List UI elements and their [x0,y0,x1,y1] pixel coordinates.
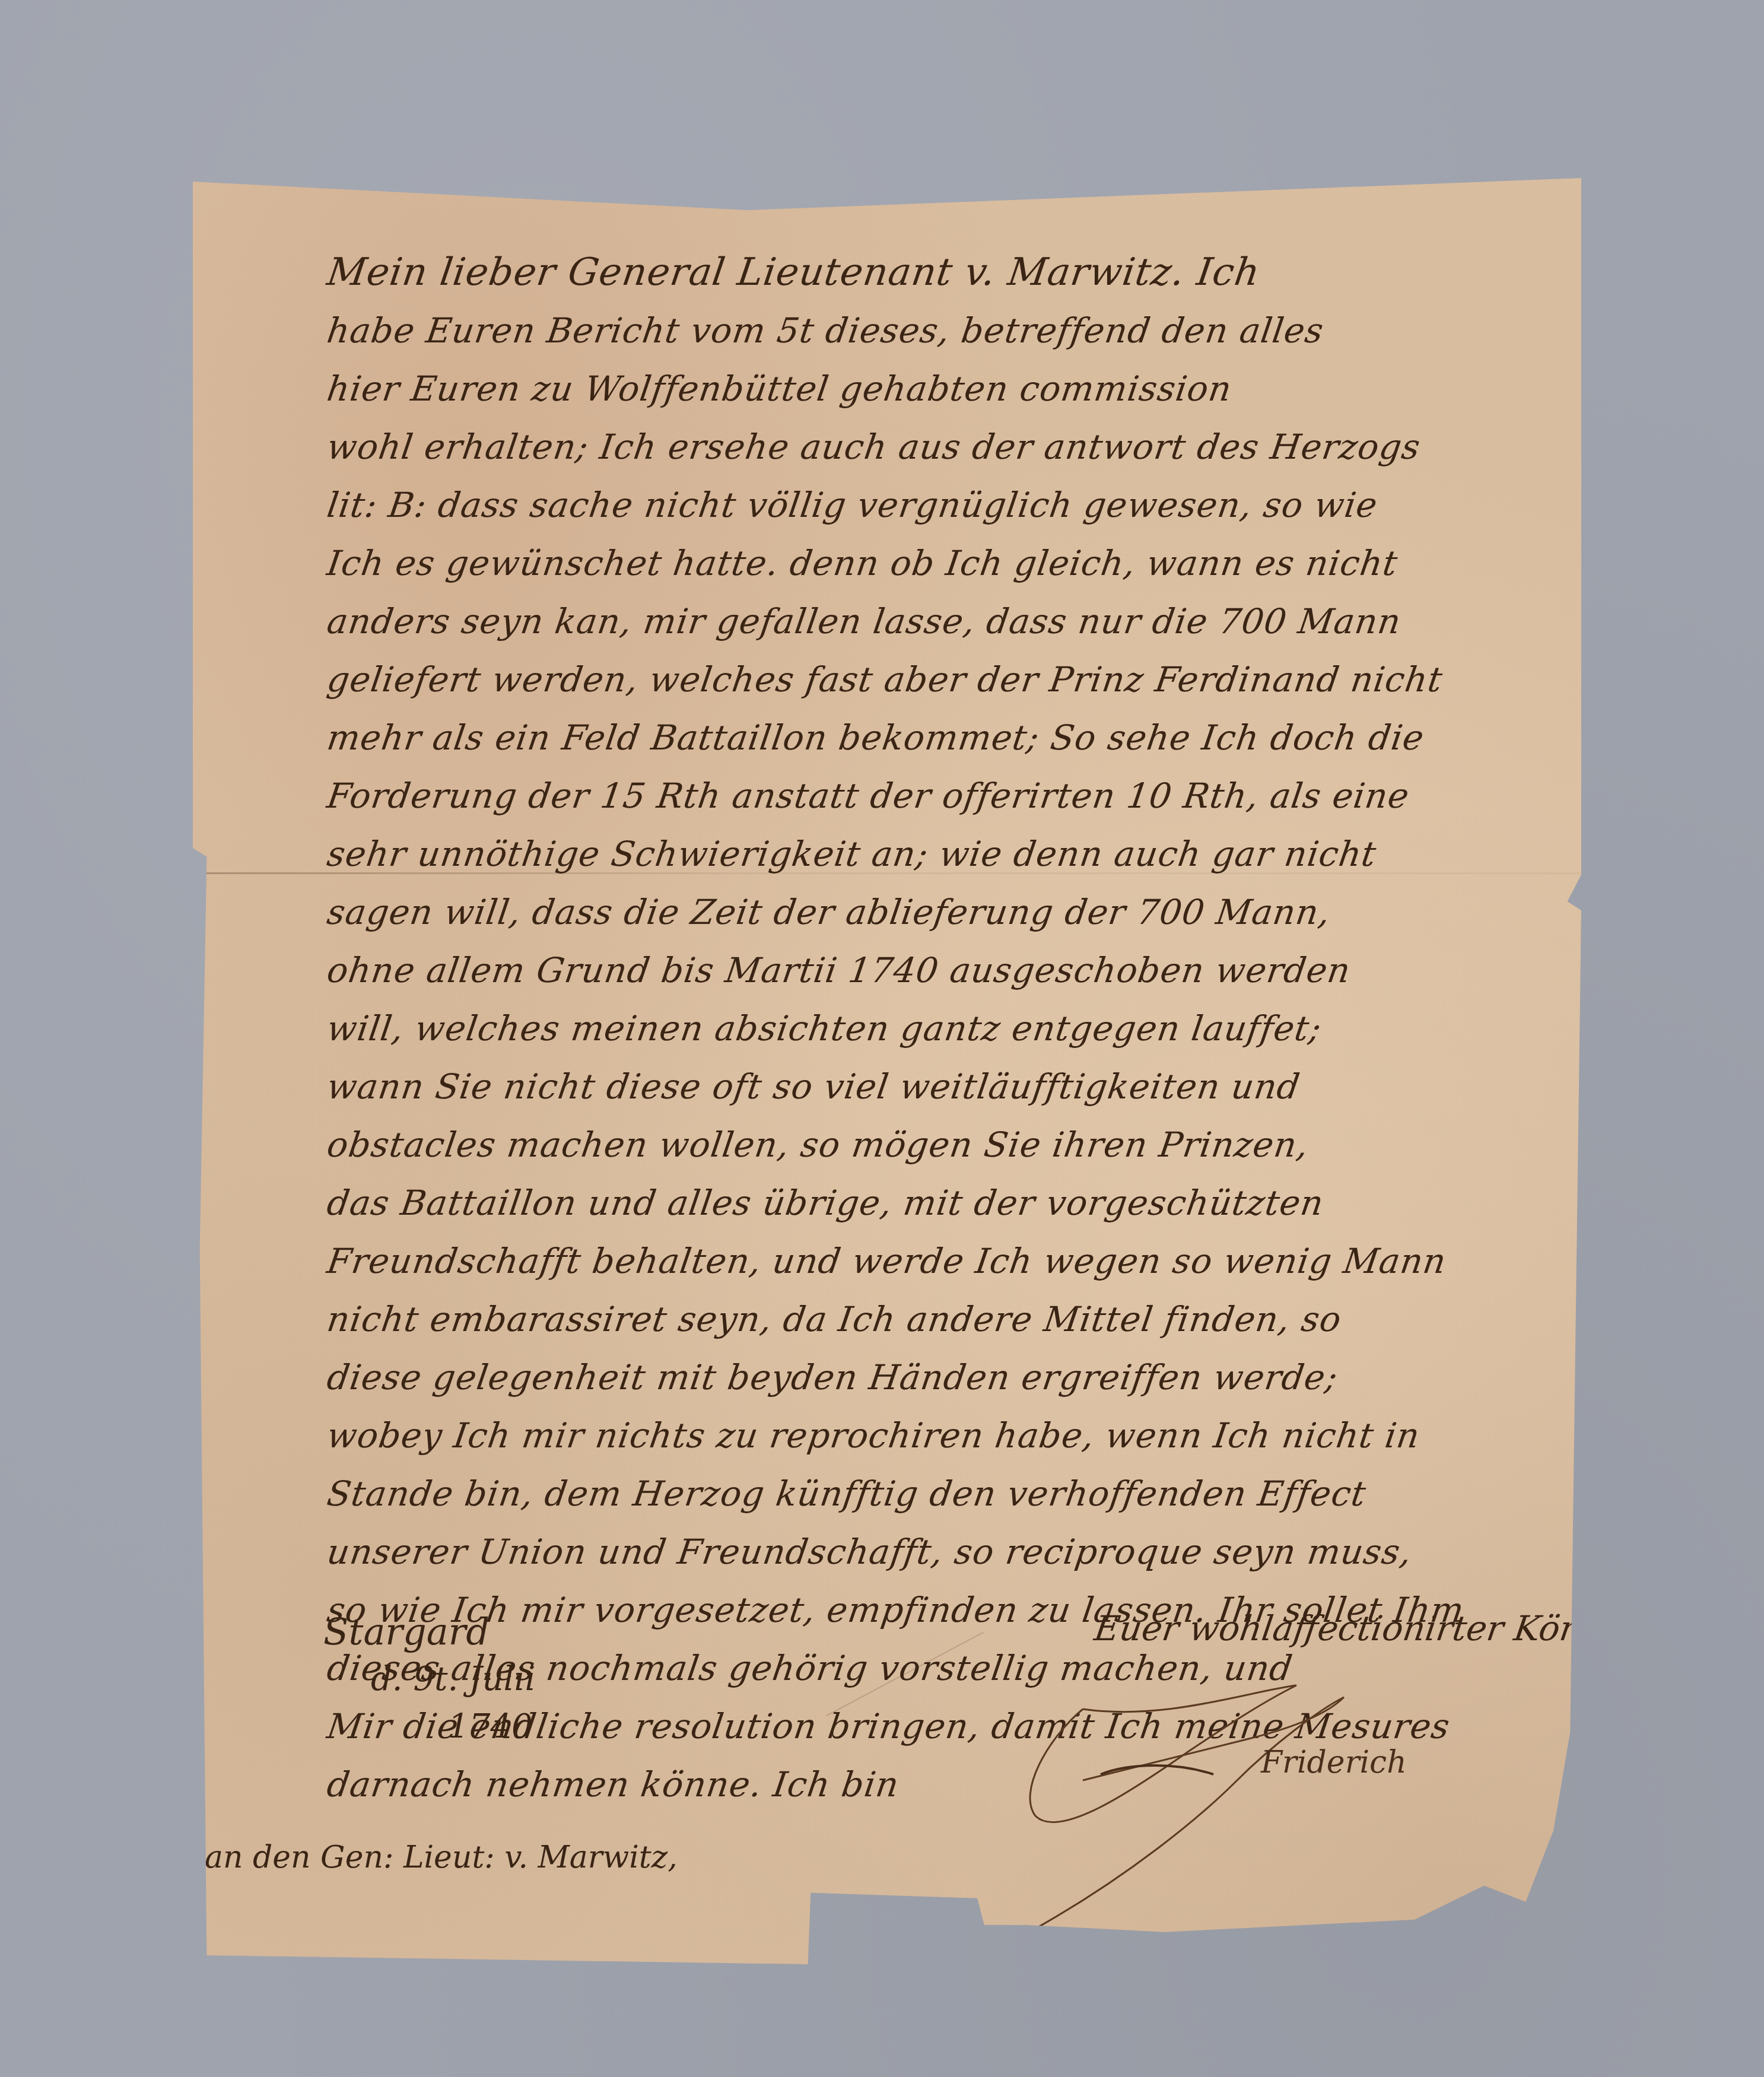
letter-line: sehr unnöthige Schwierigkeit an; wie den… [323,825,1548,883]
signature-flourish-icon [1012,1662,1463,1970]
letter-line: obstacles machen wollen, so mögen Sie ih… [323,1116,1548,1174]
letter-line: anders seyn kan, mir gefallen lasse, das… [323,592,1548,650]
letter-line: ohne allem Grund bis Martii 1740 ausgesc… [323,941,1548,999]
date-day: d. 9t. Julii [371,1656,535,1703]
letter-line: mehr als ein Feld Battaillon bekommet; S… [323,709,1548,767]
place: Stargard [323,1608,535,1656]
letter-body: Mein lieber General Lieutenant v. Marwit… [323,243,1540,1814]
letter-line: unserer Union und Freundschafft, so reci… [323,1523,1548,1581]
letter-line: Forderung der 15 Rth anstatt der offerir… [323,767,1548,825]
letter-line: geliefert werden, welches fast aber der … [323,650,1548,709]
letter-line: sagen will, dass die Zeit der ablieferun… [323,883,1548,941]
letter-line: Stande bin, dem Herzog künfftig den verh… [323,1465,1548,1523]
letter-paper: Mein lieber General Lieutenant v. Marwit… [193,178,1581,1964]
letter-line: das Battaillon und alles übrige, mit der… [323,1174,1548,1232]
addressee: an den Gen: Lieut: v. Marwitz, [205,1840,678,1875]
letter-line: habe Euren Bericht vom 5t dieses, betref… [323,301,1548,360]
letter-line: wohl erhalten; Ich ersehe auch aus der a… [323,418,1548,476]
letter-line: Ich es gewünschet hatte. denn ob Ich gle… [323,534,1548,592]
letter-line: diese gelegenheit mit beyden Händen ergr… [323,1348,1548,1406]
letter-line: hier Euren zu Wolffenbüttel gehabten com… [323,360,1548,418]
letter-line: lit: B: dass sache nicht völlig vergnügl… [323,476,1548,534]
signature: Friderich [1012,1662,1463,1970]
letter-line: wobey Ich mir nichts zu reprochiren habe… [323,1406,1548,1465]
letter-line: Freundschafft behalten, und werde Ich we… [323,1232,1548,1290]
signature-name: Friderich [1261,1745,1407,1780]
place-date: Stargard d. 9t. Julii 1740 [323,1608,535,1751]
closing-formula: Euer wohlaffectionirter König [1092,1608,1618,1649]
letter-line: nicht embarassiret seyn, da Ich andere M… [323,1290,1548,1348]
letter-line: Mein lieber General Lieutenant v. Marwit… [323,243,1548,301]
letter-line: wann Sie nicht diese oft so viel weitläu… [323,1057,1548,1116]
date-year: 1740 [448,1703,535,1751]
letter-line: will, welches meinen absichten gantz ent… [323,999,1548,1057]
